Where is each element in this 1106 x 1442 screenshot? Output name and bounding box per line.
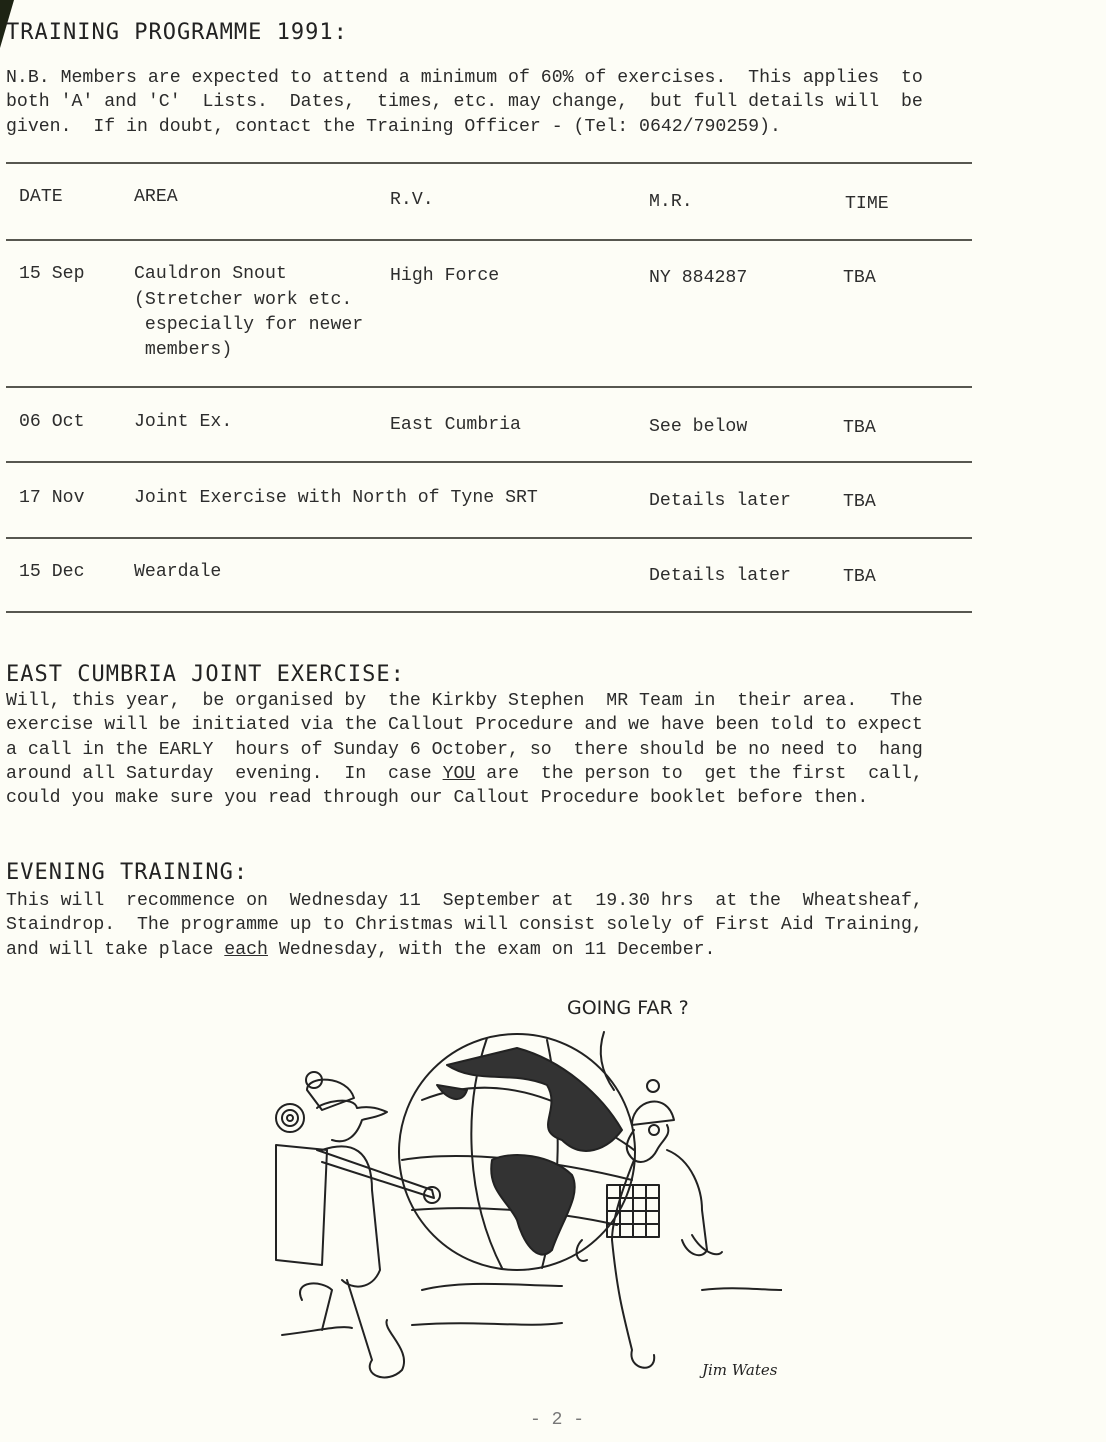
row-mr: See below (649, 415, 747, 440)
training-programme-heading: TRAINING PROGRAMME 1991: (6, 20, 348, 45)
row-time: TBA (843, 416, 876, 441)
row-date: 17 Nov (19, 486, 85, 511)
east-cumbria-body: Will, this year, be organised by the Kir… (6, 689, 1091, 810)
emphasis-each: each (224, 940, 268, 960)
row-date: 06 Oct (19, 410, 85, 435)
row-time: TBA (843, 565, 876, 590)
hikers-globe-cartoon: GOING FAR ? (262, 990, 782, 1390)
header-area: AREA (134, 185, 178, 210)
evening-training-body: This will recommence on Wednesday 11 Sep… (6, 889, 1091, 962)
emphasis-you: YOU (443, 764, 476, 784)
row-area: Weardale (134, 560, 221, 585)
text: around all Saturday evening. In case (6, 764, 443, 784)
body-line: a call in the EARLY hours of Sunday 6 Oc… (6, 738, 1091, 762)
ground-scribble (422, 1284, 562, 1290)
evening-training-heading: EVENING TRAINING: (6, 860, 248, 885)
divider (6, 162, 972, 164)
row-area: Joint Ex. (134, 410, 232, 435)
training-intro: N.B. Members are expected to attend a mi… (6, 66, 1091, 139)
row-area-note: especially for newer (134, 313, 363, 338)
row-rv: High Force (390, 264, 499, 289)
artist-signature: Jim Wates (699, 1361, 778, 1379)
body-line: Will, this year, be organised by the Kir… (6, 689, 1091, 713)
speech-text: GOING FAR ? (567, 997, 689, 1019)
row-area-note: (Stretcher work etc. (134, 288, 352, 313)
body-line: around all Saturday evening. In case YOU… (6, 762, 1091, 786)
east-cumbria-heading: EAST CUMBRIA JOINT EXERCISE: (6, 662, 405, 687)
divider (6, 239, 972, 241)
row-date: 15 Dec (19, 560, 85, 585)
row-time: TBA (843, 266, 876, 291)
text: are the person to get the first call, (475, 764, 923, 784)
row-time: TBA (843, 490, 876, 515)
globe-icon (399, 1034, 635, 1270)
body-line: could you make sure you read through our… (6, 786, 1091, 810)
divider (6, 461, 972, 463)
header-date: DATE (19, 185, 63, 210)
text: Wednesday, with the exam on 11 December. (268, 940, 716, 960)
row-mr: Details later (649, 489, 791, 514)
divider (6, 537, 972, 539)
body-line: exercise will be initiated via the Callo… (6, 713, 1091, 737)
row-rv: East Cumbria (390, 413, 521, 438)
intro-line: given. If in doubt, contact the Training… (6, 115, 1091, 139)
row-area-note: members) (134, 338, 232, 363)
row-area: Cauldron Snout (134, 262, 287, 287)
body-line: Staindrop. The programme up to Christmas… (6, 913, 1091, 937)
divider (6, 611, 972, 613)
header-mr: M.R. (649, 190, 693, 215)
header-time: TIME (845, 192, 889, 217)
body-line: and will take place each Wednesday, with… (6, 938, 1091, 962)
text: and will take place (6, 940, 224, 960)
body-line: This will recommence on Wednesday 11 Sep… (6, 889, 1091, 913)
intro-line: both 'A' and 'C' Lists. Dates, times, et… (6, 90, 1091, 114)
divider (6, 386, 972, 388)
row-area: Joint Exercise with North of Tyne SRT (134, 486, 538, 511)
row-mr: NY 884287 (649, 266, 747, 291)
row-mr: Details later (649, 564, 791, 589)
page-number: - 2 - (530, 1410, 584, 1430)
intro-line: N.B. Members are expected to attend a mi… (6, 66, 1091, 90)
row-date: 15 Sep (19, 262, 85, 287)
header-rv: R.V. (390, 188, 434, 213)
